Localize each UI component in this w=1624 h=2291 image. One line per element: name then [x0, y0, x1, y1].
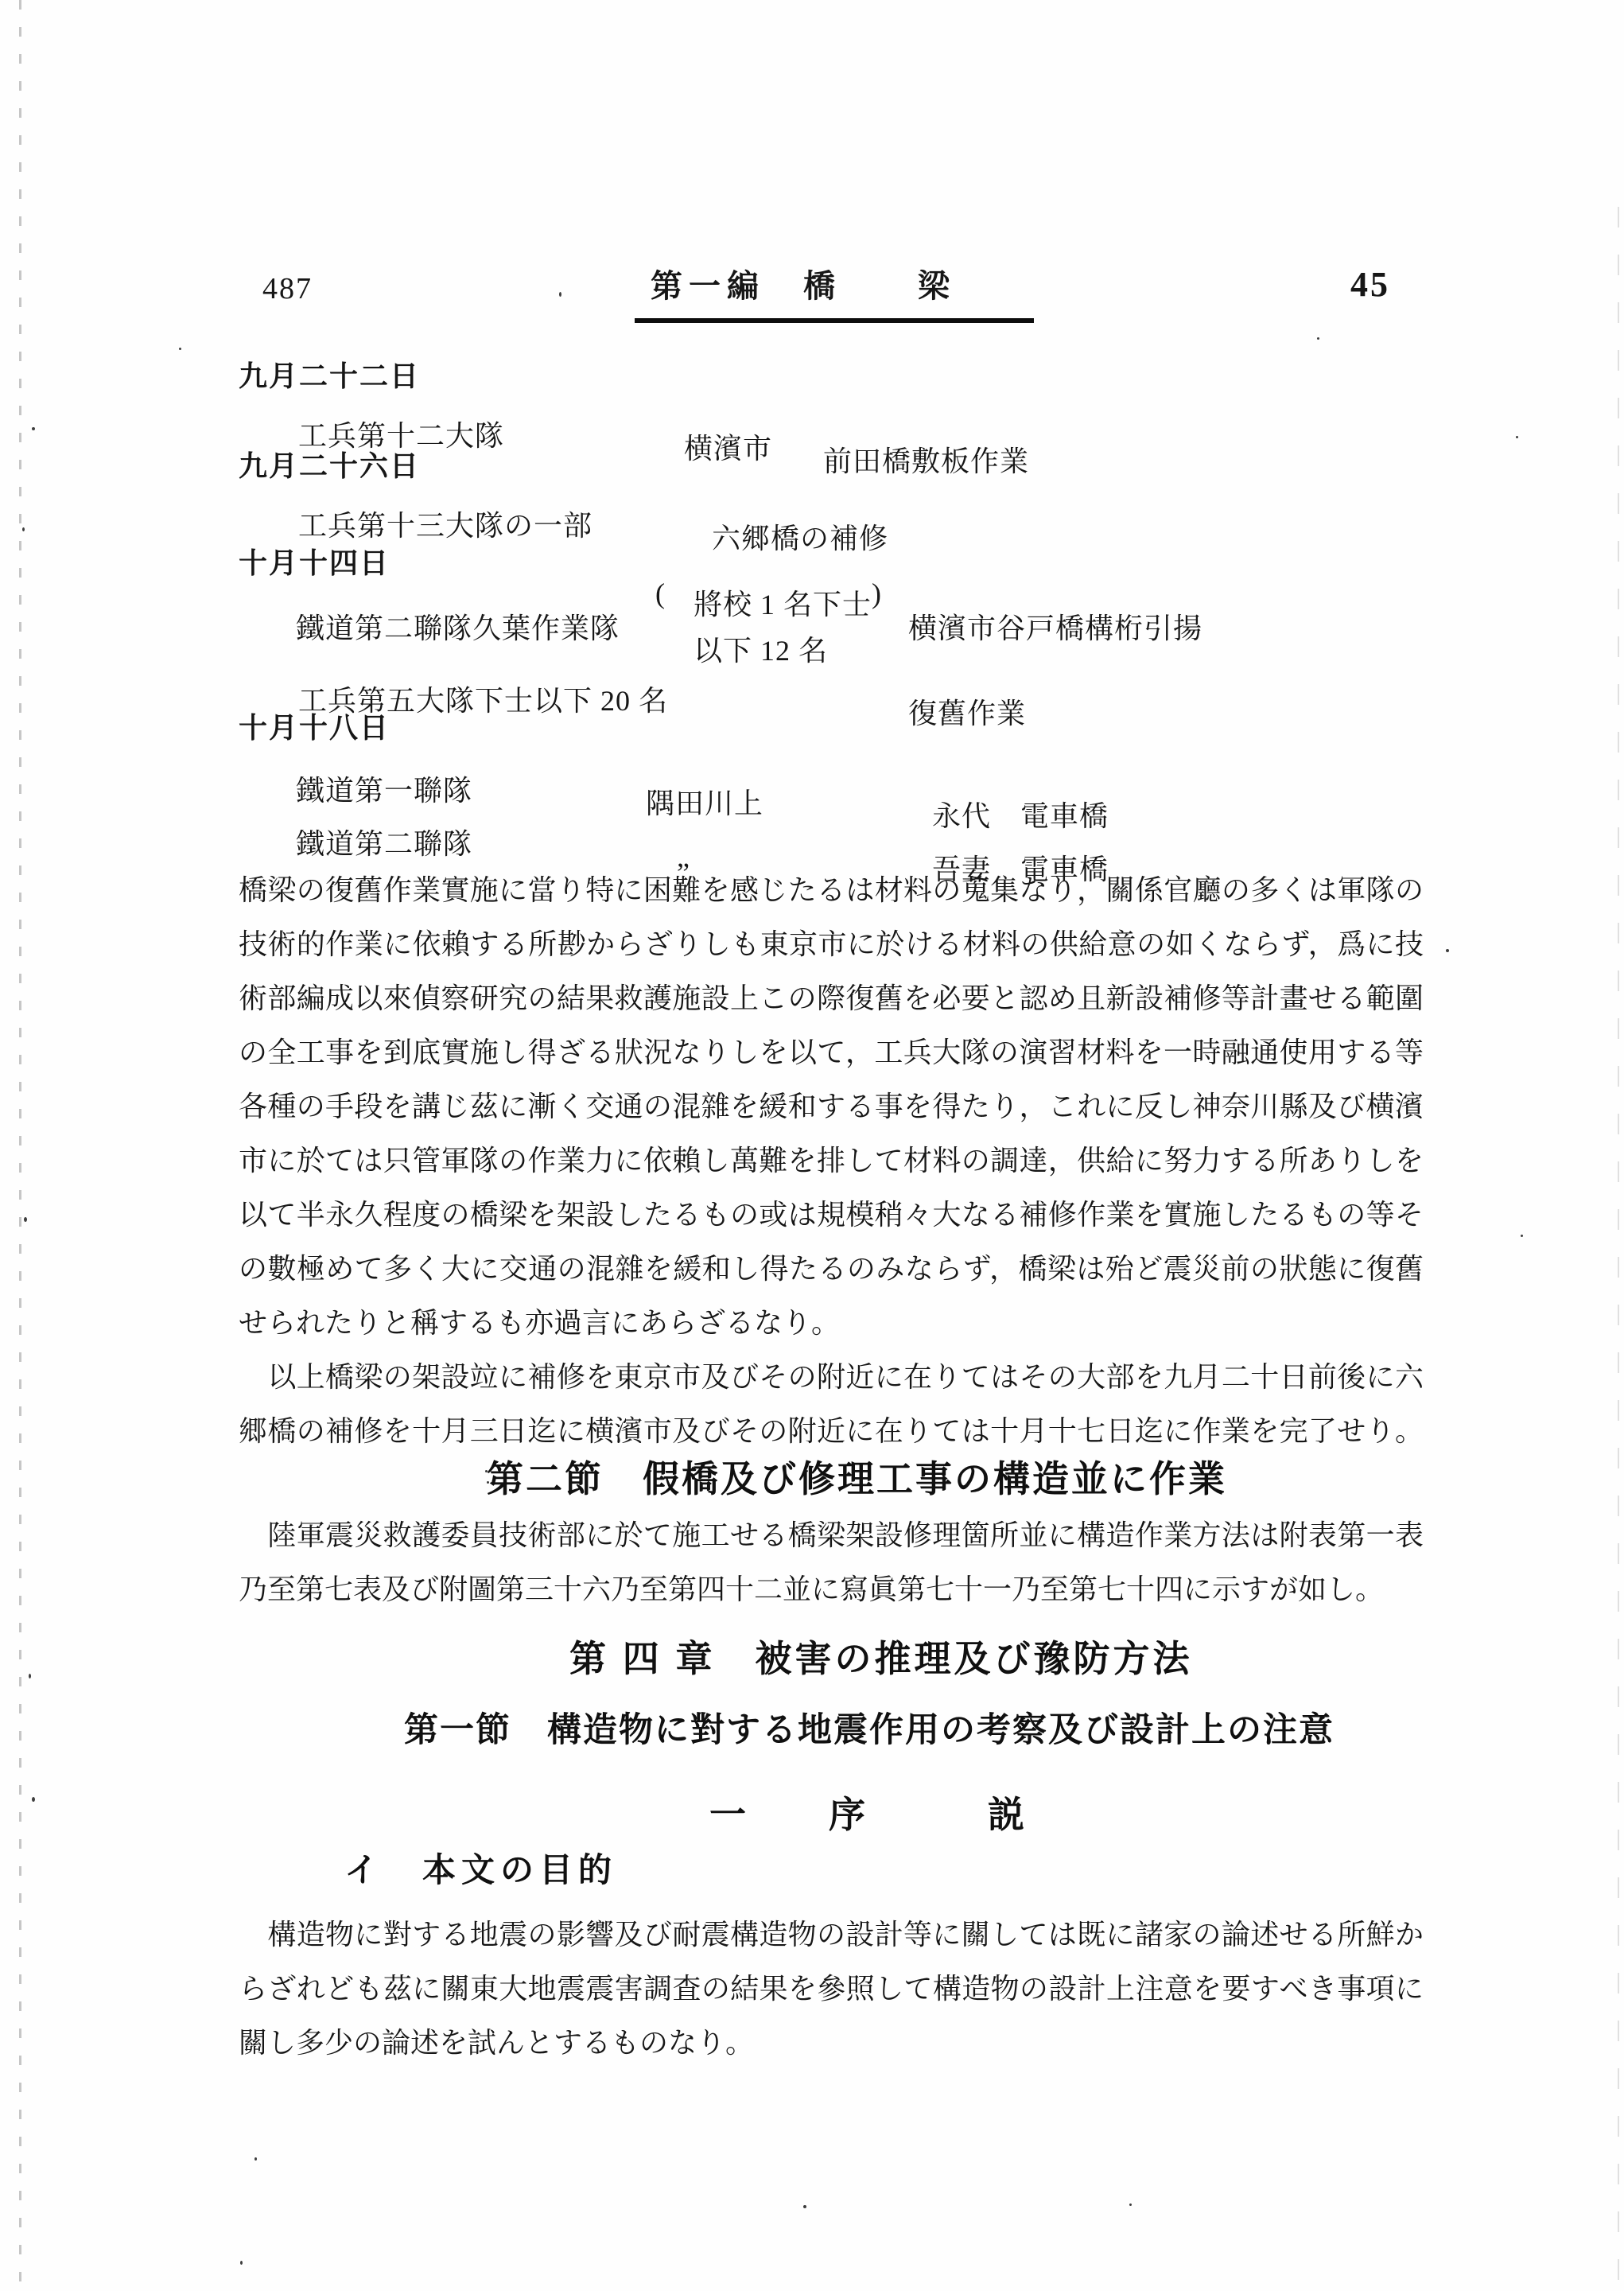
paragraph-recovery-work: 橋梁の復舊作業實施に當り特に困難を感じたるは材料の蒐集なり，關係官廳の多くは軍隊… [239, 863, 1424, 1350]
subsection-heading: 一 序 説 [709, 1796, 1028, 1833]
section-heading: 第二節 假橋及び修理工事の構造並に作業 [487, 1461, 1227, 1497]
text-line: 橋梁の復舊作業實施に當り特に困難を感じたるは材料の蒐集なり，關係官廳の多くは軍隊… [239, 863, 1424, 917]
ink-speck [1129, 2203, 1132, 2206]
running-head-rule [635, 318, 1034, 323]
ink-speck [29, 1674, 31, 1678]
ink-speck [240, 2261, 243, 2265]
text-line: の全工事を到底實施し得ざる狀況なりしを以て，工兵大隊の演習材料を一時融通使用する… [239, 1025, 1424, 1079]
text-line: 郷橋の補修を十月三日迄に横濱市及びその附近に在りては十月十七日迄に作業を完了せり… [239, 1404, 1424, 1458]
scan-edge-line [19, 0, 21, 2291]
schedule-date: 十月十四日 [239, 549, 390, 578]
text-line: 關し多少の論述を試んとするものなり。 [239, 2016, 1424, 2070]
text-line: 乃至第七表及び附圖第三十六乃至第四十二並に寫眞第七十一乃至第七十四に示すが如し。 [239, 1562, 1424, 1616]
schedule-unit: 工兵第五大隊下士以下 20 名 [298, 687, 668, 715]
paragraph-completion-dates: 以上橋梁の架設竝に補修を東京市及びその附近に在りてはその大部を九月二十日前後に六… [239, 1350, 1424, 1458]
ink-speck [1446, 949, 1449, 952]
text-line: 構造物に對する地震の影響及び耐震構造物の設計等に關しては既に諸家の論述せる所鮮か [239, 1908, 1424, 1962]
running-head-title: 第一編 橋 梁 [651, 270, 956, 302]
text-line: の數極めて多く大に交通の混雜を緩和し得たるのみならず，橋梁は殆ど震災前の狀態に復… [239, 1242, 1424, 1296]
ink-speck [32, 427, 35, 430]
text-line: らざれども茲に關東大地震震害調査の結果を參照して構造物の設計上注意を要すべき事項… [239, 1962, 1424, 2016]
page-number-right: 45 [1350, 267, 1390, 302]
text-line: 術部編成以來偵察研究の結果救護施設上この際復舊を必要と認め且新設補修等計畫せる範… [239, 971, 1424, 1025]
ink-speck [179, 348, 181, 350]
ink-speck [1317, 337, 1319, 340]
ink-speck [1516, 436, 1518, 438]
text-line: 技術的作業に依賴する所尠からざりしも東京市に於ける材料の供給意の如くならず，爲に… [239, 917, 1424, 971]
strength-note-line: 將校 1 名下士 [694, 590, 872, 619]
paragraph-reference-tables: 陸軍震災救護委員技術部に於て施工せる橋梁架設修理箇所並に構造作業方法は附表第一表… [239, 1508, 1424, 1616]
schedule-work: 六郷橋の補修 [712, 524, 888, 553]
ink-speck [485, 1470, 488, 1472]
open-paren: ( [655, 579, 666, 608]
schedule-unit: 工兵第十二大隊 [298, 422, 504, 450]
text-line: 陸軍震災救護委員技術部に於て施工せる橋梁架設修理箇所並に構造作業方法は附表第一表 [239, 1508, 1424, 1562]
ink-speck [32, 1797, 35, 1802]
page-number-left: 487 [262, 274, 313, 304]
ink-speck [254, 2157, 257, 2161]
close-paren: ) [872, 579, 882, 608]
ink-speck [1163, 1643, 1165, 1646]
schedule-unit: 鐵道第二聯隊 [296, 830, 472, 858]
schedule-date: 十月十八日 [239, 714, 390, 742]
paragraph-purpose: 構造物に對する地震の影響及び耐震構造物の設計等に關しては既に諸家の論述せる所鮮か… [239, 1908, 1424, 2070]
schedule-unit: 鐵道第一聯隊 [296, 776, 472, 805]
schedule-location: 横濱市 [684, 434, 772, 463]
ink-speck [24, 1217, 27, 1222]
schedule-location: 隅田川上 [646, 789, 763, 818]
schedule-work: 永代 電車橋 [932, 802, 1109, 830]
section-heading: 第一節 構造物に對する地震作用の考察及び設計上の注意 [404, 1713, 1335, 1748]
chapter-heading: 第 四 章 被害の推理及び豫防方法 [569, 1640, 1193, 1677]
text-line: 以上橋梁の架設竝に補修を東京市及びその附近に在りてはその大部を九月二十日前後に六 [239, 1350, 1424, 1404]
text-line: 以て半永久程度の橋梁を架設したるもの或は規模稍々大なる補修作業を實施したるもの等… [239, 1188, 1424, 1242]
scan-edge-line [1618, 207, 1619, 2291]
schedule-work: 復舊作業 [908, 699, 1026, 728]
text-line: せられたりと稱するも亦過言にあらざるなり。 [239, 1296, 1424, 1350]
schedule-work: 横濱市谷戸橋構桁引揚 [908, 614, 1202, 643]
ink-speck [487, 1481, 489, 1484]
ink-speck [22, 527, 25, 531]
schedule-unit: 鐵道第二聯隊久葉作業隊 [296, 614, 620, 643]
ink-speck [803, 2205, 806, 2208]
ink-speck [559, 292, 561, 297]
schedule-date: 九月二十六日 [239, 452, 420, 480]
strength-note-line: 以下 12 名 [694, 636, 828, 665]
text-line: 市に於ては只管軍隊の作業力に依賴し萬難を排して材料の調達，供給に努力する所ありし… [239, 1134, 1424, 1188]
schedule-unit: 工兵第十三大隊の一部 [298, 511, 592, 540]
item-heading: イ 本文の目的 [344, 1853, 617, 1887]
text-line: 各種の手段を講じ茲に漸く交通の混雜を緩和する事を得たり，これに反し神奈川縣及び横… [239, 1079, 1424, 1134]
schedule-work: 前田橋敷板作業 [823, 447, 1029, 476]
schedule-date: 九月二十二日 [239, 362, 420, 391]
scanned-document-page: 487 第一編 橋 梁 45 九月二十二日 工兵第十二大隊 横濱市 前田橋敷板作… [0, 0, 1624, 2291]
ink-speck [1521, 1235, 1523, 1237]
